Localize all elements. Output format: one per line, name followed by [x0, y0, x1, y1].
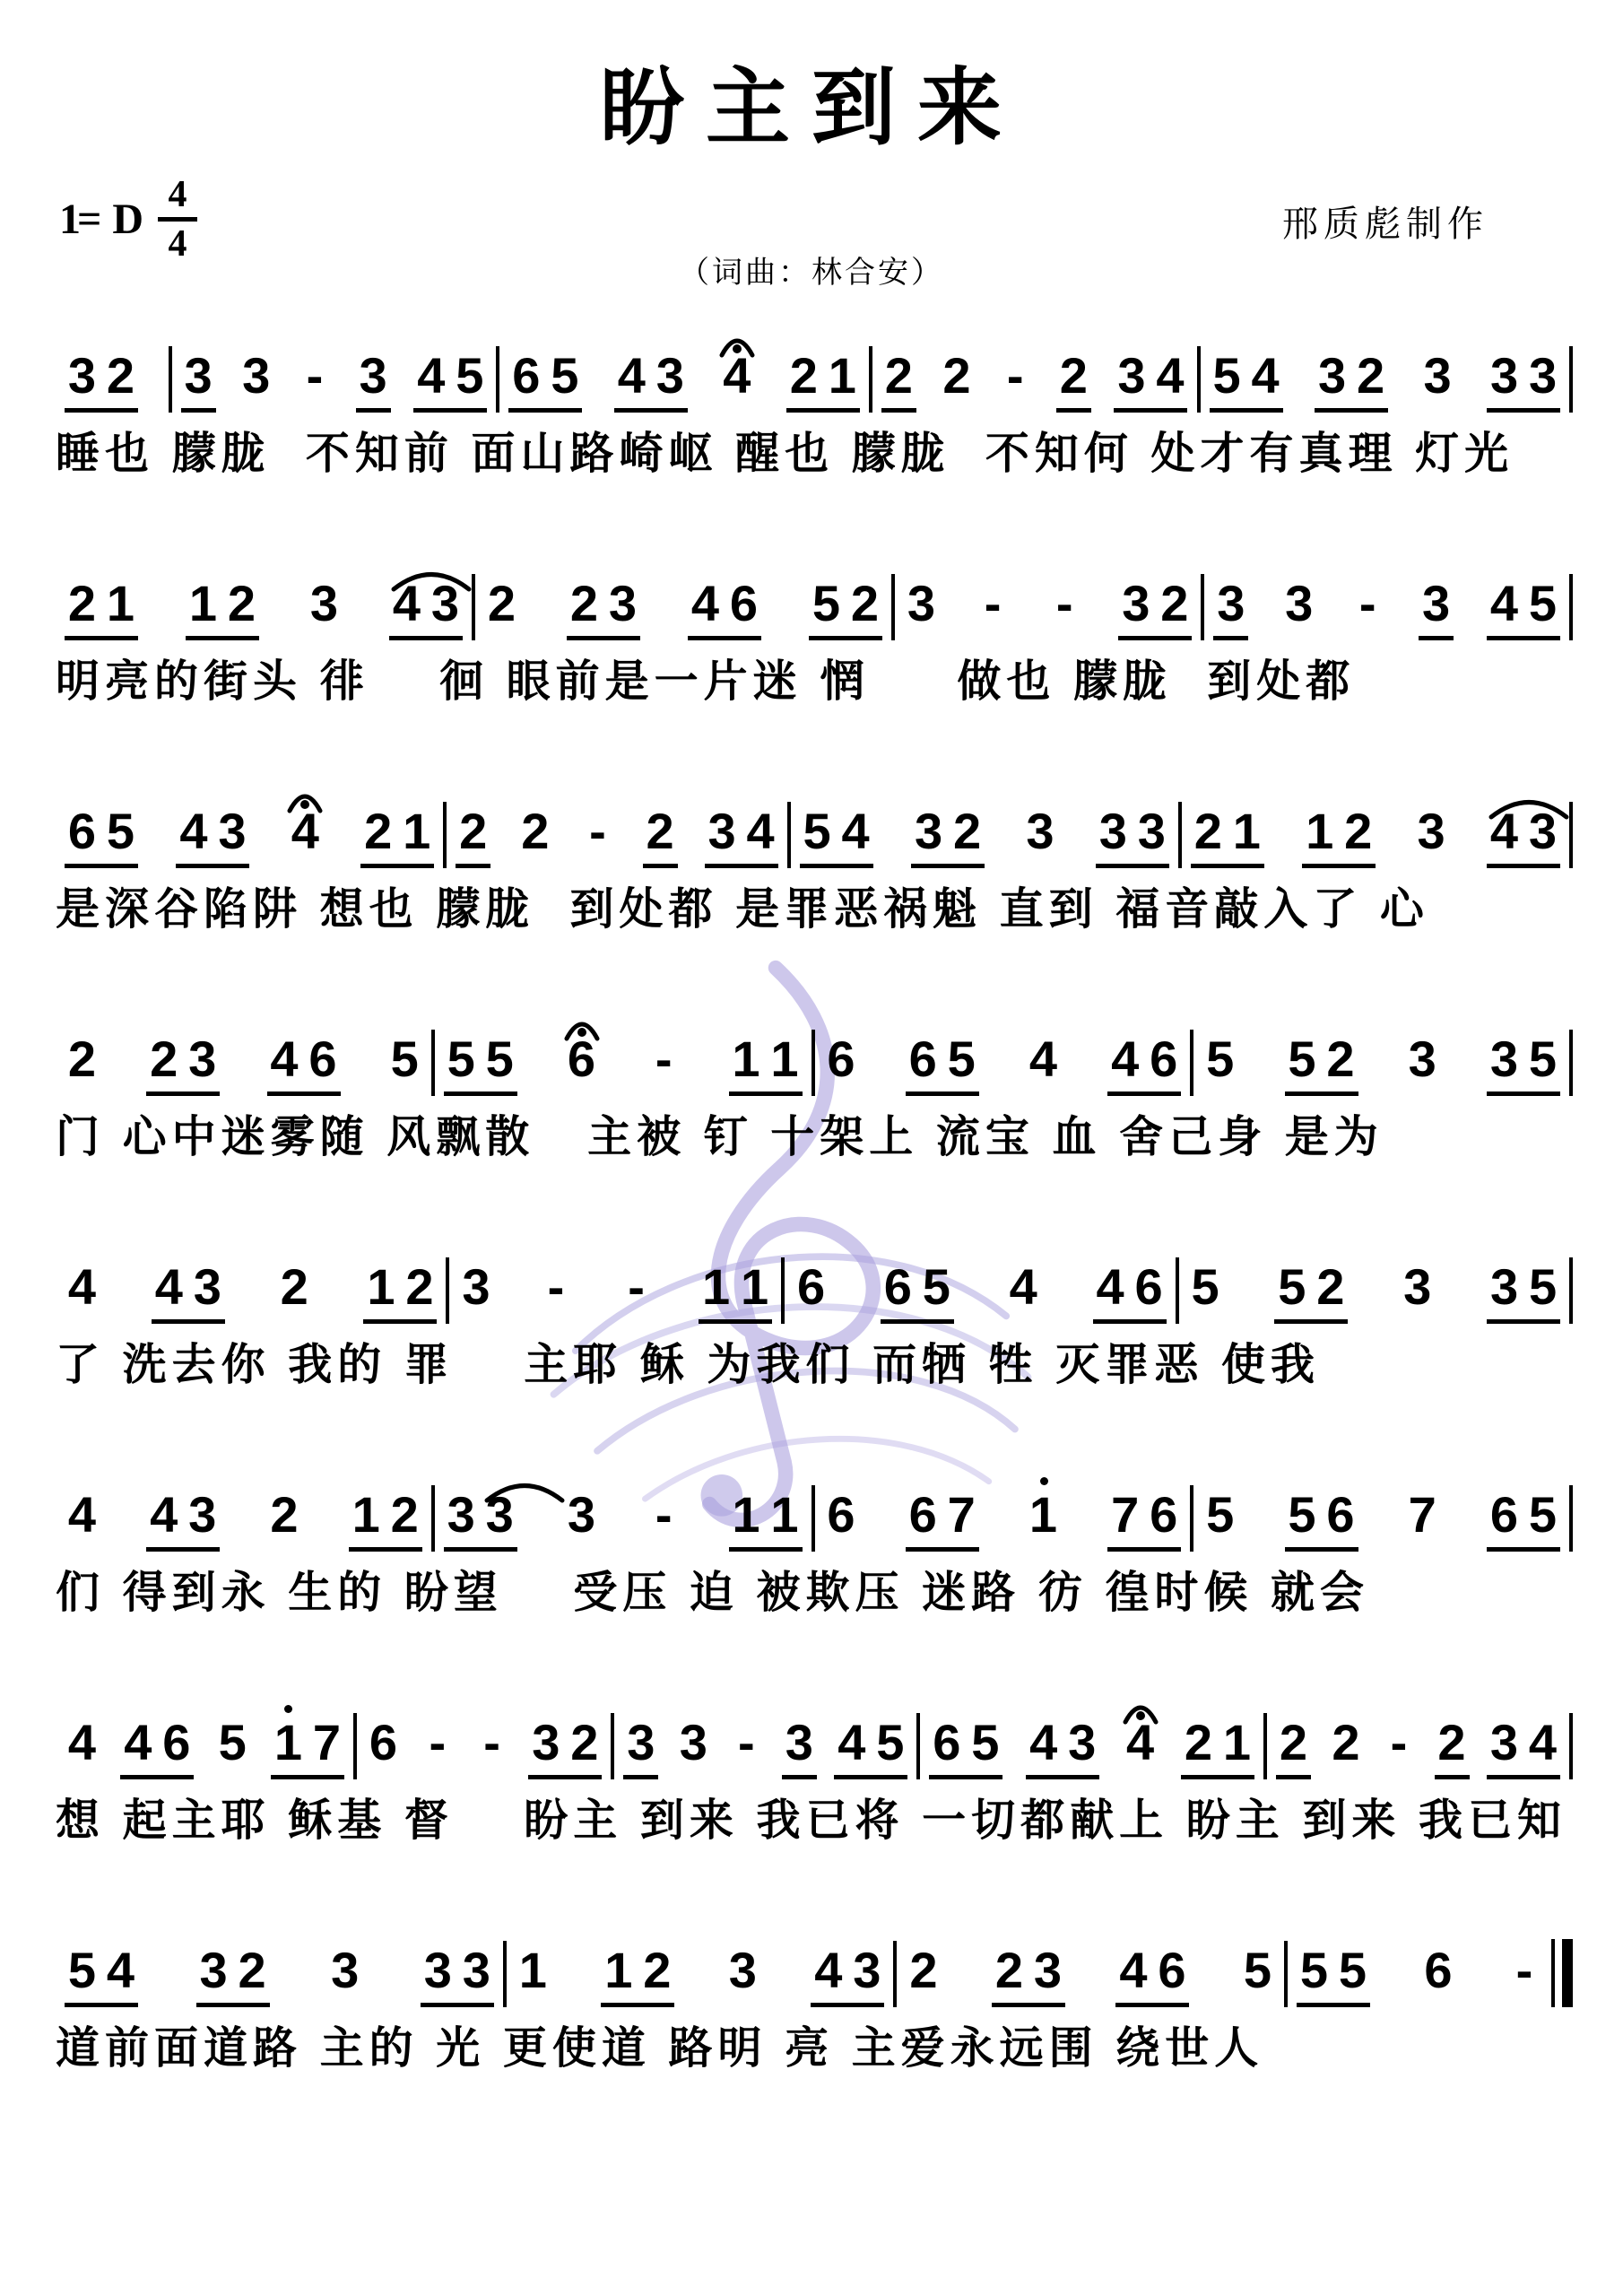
note: 1 [273, 1717, 303, 1769]
music-system: 4432123--11665446552335了 洗去你 我的 罪 主耶 稣 为… [56, 1227, 1573, 1455]
note: 5 [1205, 1033, 1235, 1085]
measure: 33-345 [172, 350, 497, 413]
music-system: 654342122-23454323332112343是深谷陷阱 想也 朦胧 到… [56, 771, 1573, 999]
beam-group: 3 [1281, 578, 1316, 640]
slur-arc [1488, 777, 1570, 802]
measure: 552335 [1179, 1261, 1569, 1324]
note: 3 [1098, 805, 1128, 857]
beam-group: 11 [729, 1489, 803, 1552]
note: 5 [1205, 1489, 1235, 1541]
note: 2 [1356, 350, 1385, 402]
fermata-icon [717, 316, 757, 343]
note: 2 [1279, 1717, 1308, 1769]
key-letter: D [112, 195, 143, 244]
note: 5 [1288, 1033, 1317, 1085]
beam-group: 33 [1487, 350, 1560, 413]
note: 1 [740, 1261, 769, 1313]
beam-group: 3 [1213, 578, 1248, 640]
note: 6 [161, 1717, 191, 1769]
note: 6 [1423, 1944, 1453, 1996]
note: 4 [837, 1717, 866, 1769]
note: 2 [569, 578, 599, 630]
note: 2 [106, 350, 135, 402]
beam-group: 65 [65, 805, 138, 868]
beam-group: 45 [834, 1717, 907, 1779]
note: 3 [462, 1944, 491, 1996]
note: 6 [796, 1261, 826, 1313]
note: 4 [178, 805, 208, 857]
beam-group: 32 [196, 1944, 270, 2007]
note: 2 [908, 1944, 938, 1996]
note: 5 [390, 1033, 420, 1085]
note: 6 [1149, 1033, 1178, 1085]
measure: 556-11 [435, 1033, 811, 1096]
note: 7 [947, 1489, 976, 1541]
note: 1 [106, 578, 135, 630]
song-title: 盼主到来 [0, 39, 1623, 161]
beam-group: 52 [809, 578, 882, 640]
note: 4 [392, 578, 421, 630]
note: 1 [366, 1261, 395, 1313]
octave-dot [284, 1705, 292, 1713]
key-prefix: 1= [59, 195, 98, 244]
music-system: 223465556-11665446552335门 心中迷雾随 风飘散 主被 钉… [56, 999, 1573, 1227]
measure: 5432333 [1201, 350, 1570, 413]
beam-group: - [1046, 578, 1082, 640]
note: - [977, 578, 1008, 630]
note: 3 [1417, 805, 1446, 857]
beam-group: 45 [1487, 578, 1560, 640]
note: 5 [218, 1717, 247, 1769]
measure: 443212 [56, 1261, 446, 1324]
note: 3 [1402, 1261, 1432, 1313]
note: 4 [690, 578, 720, 630]
note: 2 [789, 350, 819, 402]
note: 4 [154, 1261, 184, 1313]
note: 5 [1299, 1944, 1329, 1996]
measure: 2112343 [56, 578, 472, 640]
note: 4 [1028, 1033, 1058, 1085]
note: 6 [308, 1033, 338, 1085]
note: 1 [732, 1489, 761, 1541]
beam-group: 4 [719, 350, 754, 413]
beam-group: 32 [65, 350, 138, 413]
beam-group: 2 [277, 1261, 312, 1324]
fermata-icon [562, 999, 602, 1026]
note: 2 [884, 350, 914, 402]
note: 6 [67, 805, 97, 857]
beam-group: 43 [389, 578, 463, 640]
note: 6 [729, 578, 759, 630]
note: 3 [1421, 578, 1451, 630]
measure: 223465 [56, 1033, 431, 1096]
beam-group: - [538, 1261, 574, 1324]
note: 3 [1025, 805, 1055, 857]
note: 4 [67, 1489, 97, 1541]
measure: 22-234 [872, 350, 1197, 413]
beam-group: 2 [1056, 350, 1091, 413]
note: 5 [106, 805, 135, 857]
note: 4 [617, 350, 647, 402]
beam-group: 23 [146, 1033, 220, 1096]
measure: 667176 [815, 1489, 1191, 1552]
beam-group: 33 [1096, 805, 1169, 868]
note: 2 [1059, 350, 1089, 402]
lyrics-line: 门 心中迷雾随 风飘散 主被 钉 十架上 流宝 血 舍己身 是为 [56, 1114, 1573, 1162]
beam-group: 34 [705, 805, 778, 868]
beam-group: 3 [623, 1717, 658, 1779]
music-system: 3233-345654342122-2345432333睡也 朦胧 不知前 面山… [56, 316, 1573, 544]
note: 4 [813, 1944, 843, 1996]
beam-group: 2 [939, 350, 974, 413]
note: 1 [518, 1944, 548, 1996]
measure: 33-345 [614, 1717, 916, 1779]
beam-group: 7 [1405, 1489, 1440, 1552]
measure: 22-234 [1267, 1717, 1569, 1779]
note: 2 [520, 805, 550, 857]
beam-group: 6 [824, 1489, 859, 1552]
measure: 3--32 [895, 578, 1201, 640]
note: 2 [390, 1489, 420, 1541]
note: 3 [184, 350, 213, 402]
beam-group: 52 [1274, 1261, 1348, 1324]
note: 3 [241, 350, 271, 402]
beam-group: 6 [1420, 1944, 1455, 2007]
note: 5 [1338, 1944, 1367, 1996]
note: 5 [1528, 578, 1558, 630]
note: 3 [531, 1717, 560, 1769]
note: 1 [1028, 1489, 1058, 1541]
note: 5 [1212, 350, 1242, 402]
beam-group: - [474, 1717, 510, 1779]
measure: 443212 [56, 1489, 431, 1552]
notation-line: 5432333112343223465556- [56, 1925, 1573, 2007]
credit-text: 邢质彪制作 [1282, 196, 1488, 247]
final-barline-thick [1562, 1939, 1573, 2007]
measure: 552335 [1193, 1033, 1569, 1096]
note: 4 [1096, 1261, 1125, 1313]
beam-group: 65 [1487, 1489, 1560, 1552]
note: 6 [567, 1033, 596, 1085]
note: 5 [550, 350, 579, 402]
note: - [1384, 1717, 1414, 1769]
beam-group: 76 [1107, 1489, 1181, 1552]
note: 2 [1159, 578, 1189, 630]
beam-group: 5 [215, 1717, 250, 1779]
measure: 6543421 [499, 350, 869, 413]
note: 4 [149, 1489, 178, 1541]
beam-group: - [619, 1261, 655, 1324]
note: 4 [416, 350, 446, 402]
note: - [422, 1717, 453, 1769]
beam-group: 35 [1487, 1033, 1560, 1096]
note: 3 [309, 578, 339, 630]
beam-group: 1 [516, 1944, 551, 2007]
beam-group: - [646, 1489, 681, 1552]
note: 3 [187, 1489, 217, 1541]
beam-group: 5 [387, 1033, 422, 1096]
note: 3 [1067, 1717, 1097, 1769]
beam-group: 34 [1114, 350, 1187, 413]
lyrics-line: 是深谷陷阱 想也 朦胧 到处都 是罪恶祸魁 直到 福音敲入了 心 [56, 886, 1573, 935]
note: - [1509, 1944, 1540, 1996]
note: 3 [1489, 1261, 1519, 1313]
note: 7 [1408, 1489, 1437, 1541]
beam-group: 21 [65, 578, 138, 640]
note: 6 [883, 1261, 913, 1313]
measure: 665446 [785, 1261, 1175, 1324]
measure: 2234652 [475, 578, 891, 640]
beam-group: 46 [1107, 1033, 1181, 1096]
note: 1 [402, 805, 431, 857]
beam-group: 12 [601, 1944, 674, 2007]
note: 2 [1343, 805, 1373, 857]
fermata-icon [1121, 1683, 1160, 1709]
note: 6 [908, 1489, 938, 1541]
beam-group: - [997, 350, 1033, 413]
beam-group: 3 [181, 350, 216, 413]
note: 7 [1110, 1489, 1140, 1541]
beam-group: 3 [239, 350, 273, 413]
note: 3 [330, 1944, 360, 1996]
beam-group: - [1381, 1717, 1417, 1779]
note: - [731, 1717, 761, 1769]
note: 4 [123, 1717, 152, 1769]
note: 3 [67, 350, 97, 402]
note: 2 [270, 1489, 299, 1541]
note: 2 [67, 1033, 97, 1085]
note: 2 [363, 805, 393, 857]
note: 4 [1155, 350, 1185, 402]
beam-group: 55 [1297, 1944, 1370, 2007]
beam-group: 3 [1414, 805, 1449, 868]
note: 3 [193, 1261, 222, 1313]
beam-group: 65 [881, 1261, 954, 1324]
note: 3 [1408, 1033, 1437, 1085]
beam-group: 67 [906, 1489, 979, 1552]
beam-group: 1 [1026, 1489, 1061, 1552]
note: 2 [642, 1944, 672, 1996]
note: 5 [485, 1033, 515, 1085]
measure: 3--11 [449, 1261, 781, 1324]
music-system: 443212333-11667176556765们 得到永 生的 盼望 受压 迫… [56, 1455, 1573, 1683]
slur-arc [390, 549, 473, 574]
note: 3 [1116, 350, 1146, 402]
note: 3 [1528, 805, 1558, 857]
beam-group: 54 [1210, 350, 1283, 413]
note: 3 [907, 578, 936, 630]
beam-group: 3 [1022, 805, 1057, 868]
beam-group: 46 [1093, 1261, 1167, 1324]
final-barline [1551, 1939, 1573, 2007]
note: 4 [1528, 1717, 1558, 1769]
beam-group: 46 [1115, 1944, 1189, 2007]
note: 5 [1528, 1489, 1558, 1541]
note: 2 [487, 578, 516, 630]
note: 2 [569, 1717, 599, 1769]
note: 2 [646, 805, 675, 857]
measure: 333-11 [435, 1489, 811, 1552]
note: 1 [701, 1261, 731, 1313]
beam-group: 12 [349, 1489, 422, 1552]
beam-group: 2 [1435, 1717, 1470, 1779]
beam-group: 43 [1487, 805, 1560, 868]
measure: 2112343 [1182, 805, 1569, 868]
note: 5 [811, 578, 841, 630]
beam-group: 5 [1202, 1033, 1237, 1096]
note: 2 [227, 578, 256, 630]
note: 1 [732, 1033, 761, 1085]
note: 5 [67, 1944, 97, 1996]
note: 3 [914, 805, 943, 857]
note: 3 [1121, 578, 1150, 630]
note: - [1352, 578, 1383, 630]
beam-group: - [420, 1717, 456, 1779]
beam-group: 43 [811, 1944, 884, 2007]
note: 3 [1317, 350, 1347, 402]
notation-line: 3233-345654342122-2345432333 [56, 330, 1573, 413]
slur-arc [483, 1460, 566, 1485]
note: 2 [1315, 1261, 1345, 1313]
measure: 5432333 [791, 805, 1178, 868]
note: 5 [875, 1717, 905, 1769]
note: 3 [359, 350, 388, 402]
note: 5 [1243, 1944, 1272, 1996]
beam-group: 54 [65, 1944, 138, 2007]
barline [1569, 1485, 1573, 1552]
measure: 665446 [815, 1033, 1191, 1096]
barline [1569, 574, 1573, 640]
note: 2 [238, 1944, 267, 1996]
beam-group: 45 [413, 350, 487, 413]
note: 3 [785, 1717, 814, 1769]
note: 2 [952, 805, 982, 857]
note: 6 [1326, 1489, 1356, 1541]
note: 2 [1184, 1717, 1213, 1769]
notation-line: 223465556-11665446552335 [56, 1013, 1573, 1096]
note: 5 [455, 350, 484, 402]
note: - [648, 1489, 679, 1541]
note: 5 [1277, 1261, 1306, 1313]
note: 3 [1284, 578, 1314, 630]
note: 5 [1191, 1261, 1220, 1313]
note: - [477, 1717, 508, 1769]
note: 3 [1216, 578, 1245, 630]
music-system: 211234322346523--3233-345明亮的街头 徘 徊 眼前是一片… [56, 544, 1573, 771]
note: 1 [770, 1033, 800, 1085]
notation-line: 211234322346523--3233-345 [56, 558, 1573, 640]
note: 3 [217, 805, 247, 857]
beam-group: 3 [356, 350, 391, 413]
beam-group: 17 [271, 1717, 344, 1779]
measure: 6543421 [56, 805, 443, 868]
notation-line: 654342122-23454323332112343 [56, 786, 1573, 868]
beam-group: 33 [444, 1489, 517, 1552]
note: 4 [106, 1944, 135, 1996]
beam-group: 21 [1191, 805, 1264, 868]
note: 5 [447, 1033, 476, 1085]
note: 3 [187, 1033, 217, 1085]
beam-group: 11 [729, 1033, 803, 1096]
note: 4 [1251, 350, 1280, 402]
beam-group: 43 [176, 805, 249, 868]
note: 3 [655, 350, 685, 402]
note: 3 [679, 1717, 708, 1769]
note: 5 [947, 1033, 976, 1085]
beam-group: 32 [911, 805, 985, 868]
note: 4 [1028, 1717, 1058, 1769]
note: 3 [1137, 805, 1167, 857]
beam-group: 32 [528, 1717, 602, 1779]
beam-group: 12 [1302, 805, 1376, 868]
lyrics-line: 明亮的街头 徘 徊 眼前是一片迷 惘 做也 朦胧 到处都 [56, 658, 1573, 707]
beam-group: - [297, 350, 333, 413]
beam-group: - [646, 1033, 681, 1096]
beam-group: 4 [65, 1261, 100, 1324]
note: 1 [188, 578, 218, 630]
note: 6 [932, 1717, 961, 1769]
beam-group: 43 [1026, 1717, 1099, 1779]
note: 4 [270, 1033, 299, 1085]
note: 2 [850, 578, 880, 630]
beam-group: 3 [725, 1944, 760, 2007]
note: 4 [67, 1717, 97, 1769]
measure: 6543421 [920, 1717, 1263, 1779]
measure: 556- [1288, 1944, 1551, 2007]
music-system: 5432333112343223465556-道前面道路 主的 光 更使道 路明… [56, 1910, 1573, 2138]
note: 1 [603, 1944, 633, 1996]
note: 2 [67, 578, 97, 630]
beam-group: 65 [508, 350, 582, 413]
note: 3 [608, 578, 638, 630]
note: 6 [1489, 1489, 1519, 1541]
beam-group: 56 [1285, 1489, 1358, 1552]
note: 4 [1110, 1033, 1140, 1085]
beam-group: - [975, 578, 1011, 640]
note: 3 [1489, 1717, 1519, 1769]
note: 3 [461, 1261, 490, 1313]
note: - [1000, 350, 1030, 402]
beam-group: 65 [906, 1033, 979, 1096]
beam-group: 5 [1240, 1944, 1275, 2007]
beam-group: 65 [929, 1717, 1002, 1779]
beam-group: 11 [699, 1261, 772, 1324]
note: 4 [746, 805, 776, 857]
note: - [582, 805, 612, 857]
note: 1 [770, 1489, 800, 1541]
beam-group: 34 [1487, 1717, 1560, 1779]
beam-group: 3 [564, 1489, 599, 1552]
systems: 3233-345654342122-2345432333睡也 朦胧 不知前 面山… [56, 316, 1573, 2138]
note: 4 [1489, 805, 1519, 857]
beam-group: 23 [992, 1944, 1065, 2007]
note: 5 [922, 1261, 951, 1313]
fermata-icon [285, 771, 325, 798]
beam-group: 33 [421, 1944, 494, 2007]
note: 5 [970, 1717, 1000, 1769]
note: 1 [352, 1489, 381, 1541]
note: 4 [291, 805, 320, 857]
beam-group: 2 [267, 1489, 302, 1552]
beam-group: 3 [327, 1944, 362, 2007]
beam-group: 3 [1405, 1033, 1440, 1096]
note: 6 [1134, 1261, 1164, 1313]
measure: 112343 [507, 1944, 894, 2007]
note: 1 [1305, 805, 1334, 857]
beam-group: 2 [484, 578, 519, 640]
final-barline-thin [1551, 1939, 1555, 2007]
note: 4 [1125, 1717, 1155, 1769]
